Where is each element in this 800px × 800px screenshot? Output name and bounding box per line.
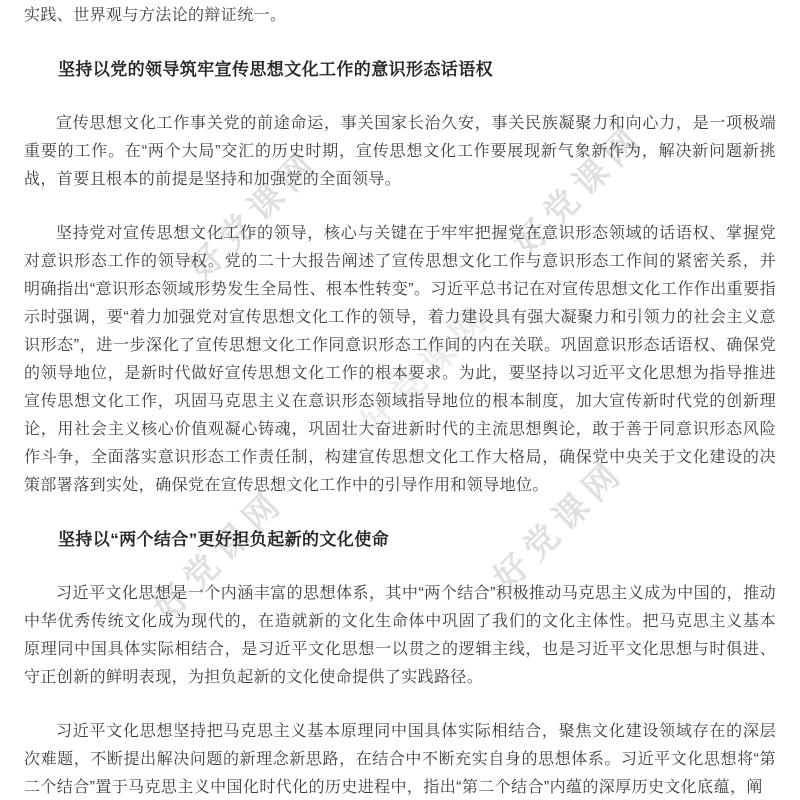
document-page: { "page": { "background_color": "#ffffff… [0,0,800,800]
section-heading-two-combines: 坚持以“两个结合”更好担负起新的文化使命 [24,526,776,554]
section-heading-ideology-discourse: 坚持以党的领导筑牢宣传思想文化工作的意识形态话语权 [24,56,776,84]
document-body: 实践、世界观与方法论的辩证统一。 坚持以党的领导筑牢宣传思想文化工作的意识形态话… [0,0,800,800]
paragraph-continuation: 实践、世界观与方法论的辩证统一。 [24,2,776,30]
paragraph: 宣传思想文化工作事关党的前途命运，事关国家长治久安，事关民族凝聚力和向心力，是一… [24,110,776,194]
paragraph: 坚持党对宣传思想文化工作的领导，核心与关键在于牢牢把握党在意识形态领域的话语权、… [24,220,776,500]
paragraph: 习近平文化思想坚持把马克思主义基本原理同中国具体实际相结合，聚焦文化建设领域存在… [24,718,776,800]
paragraph: 习近平文化思想是一个内涵丰富的思想体系，其中“两个结合”积极推动马克思主义成为中… [24,580,776,692]
